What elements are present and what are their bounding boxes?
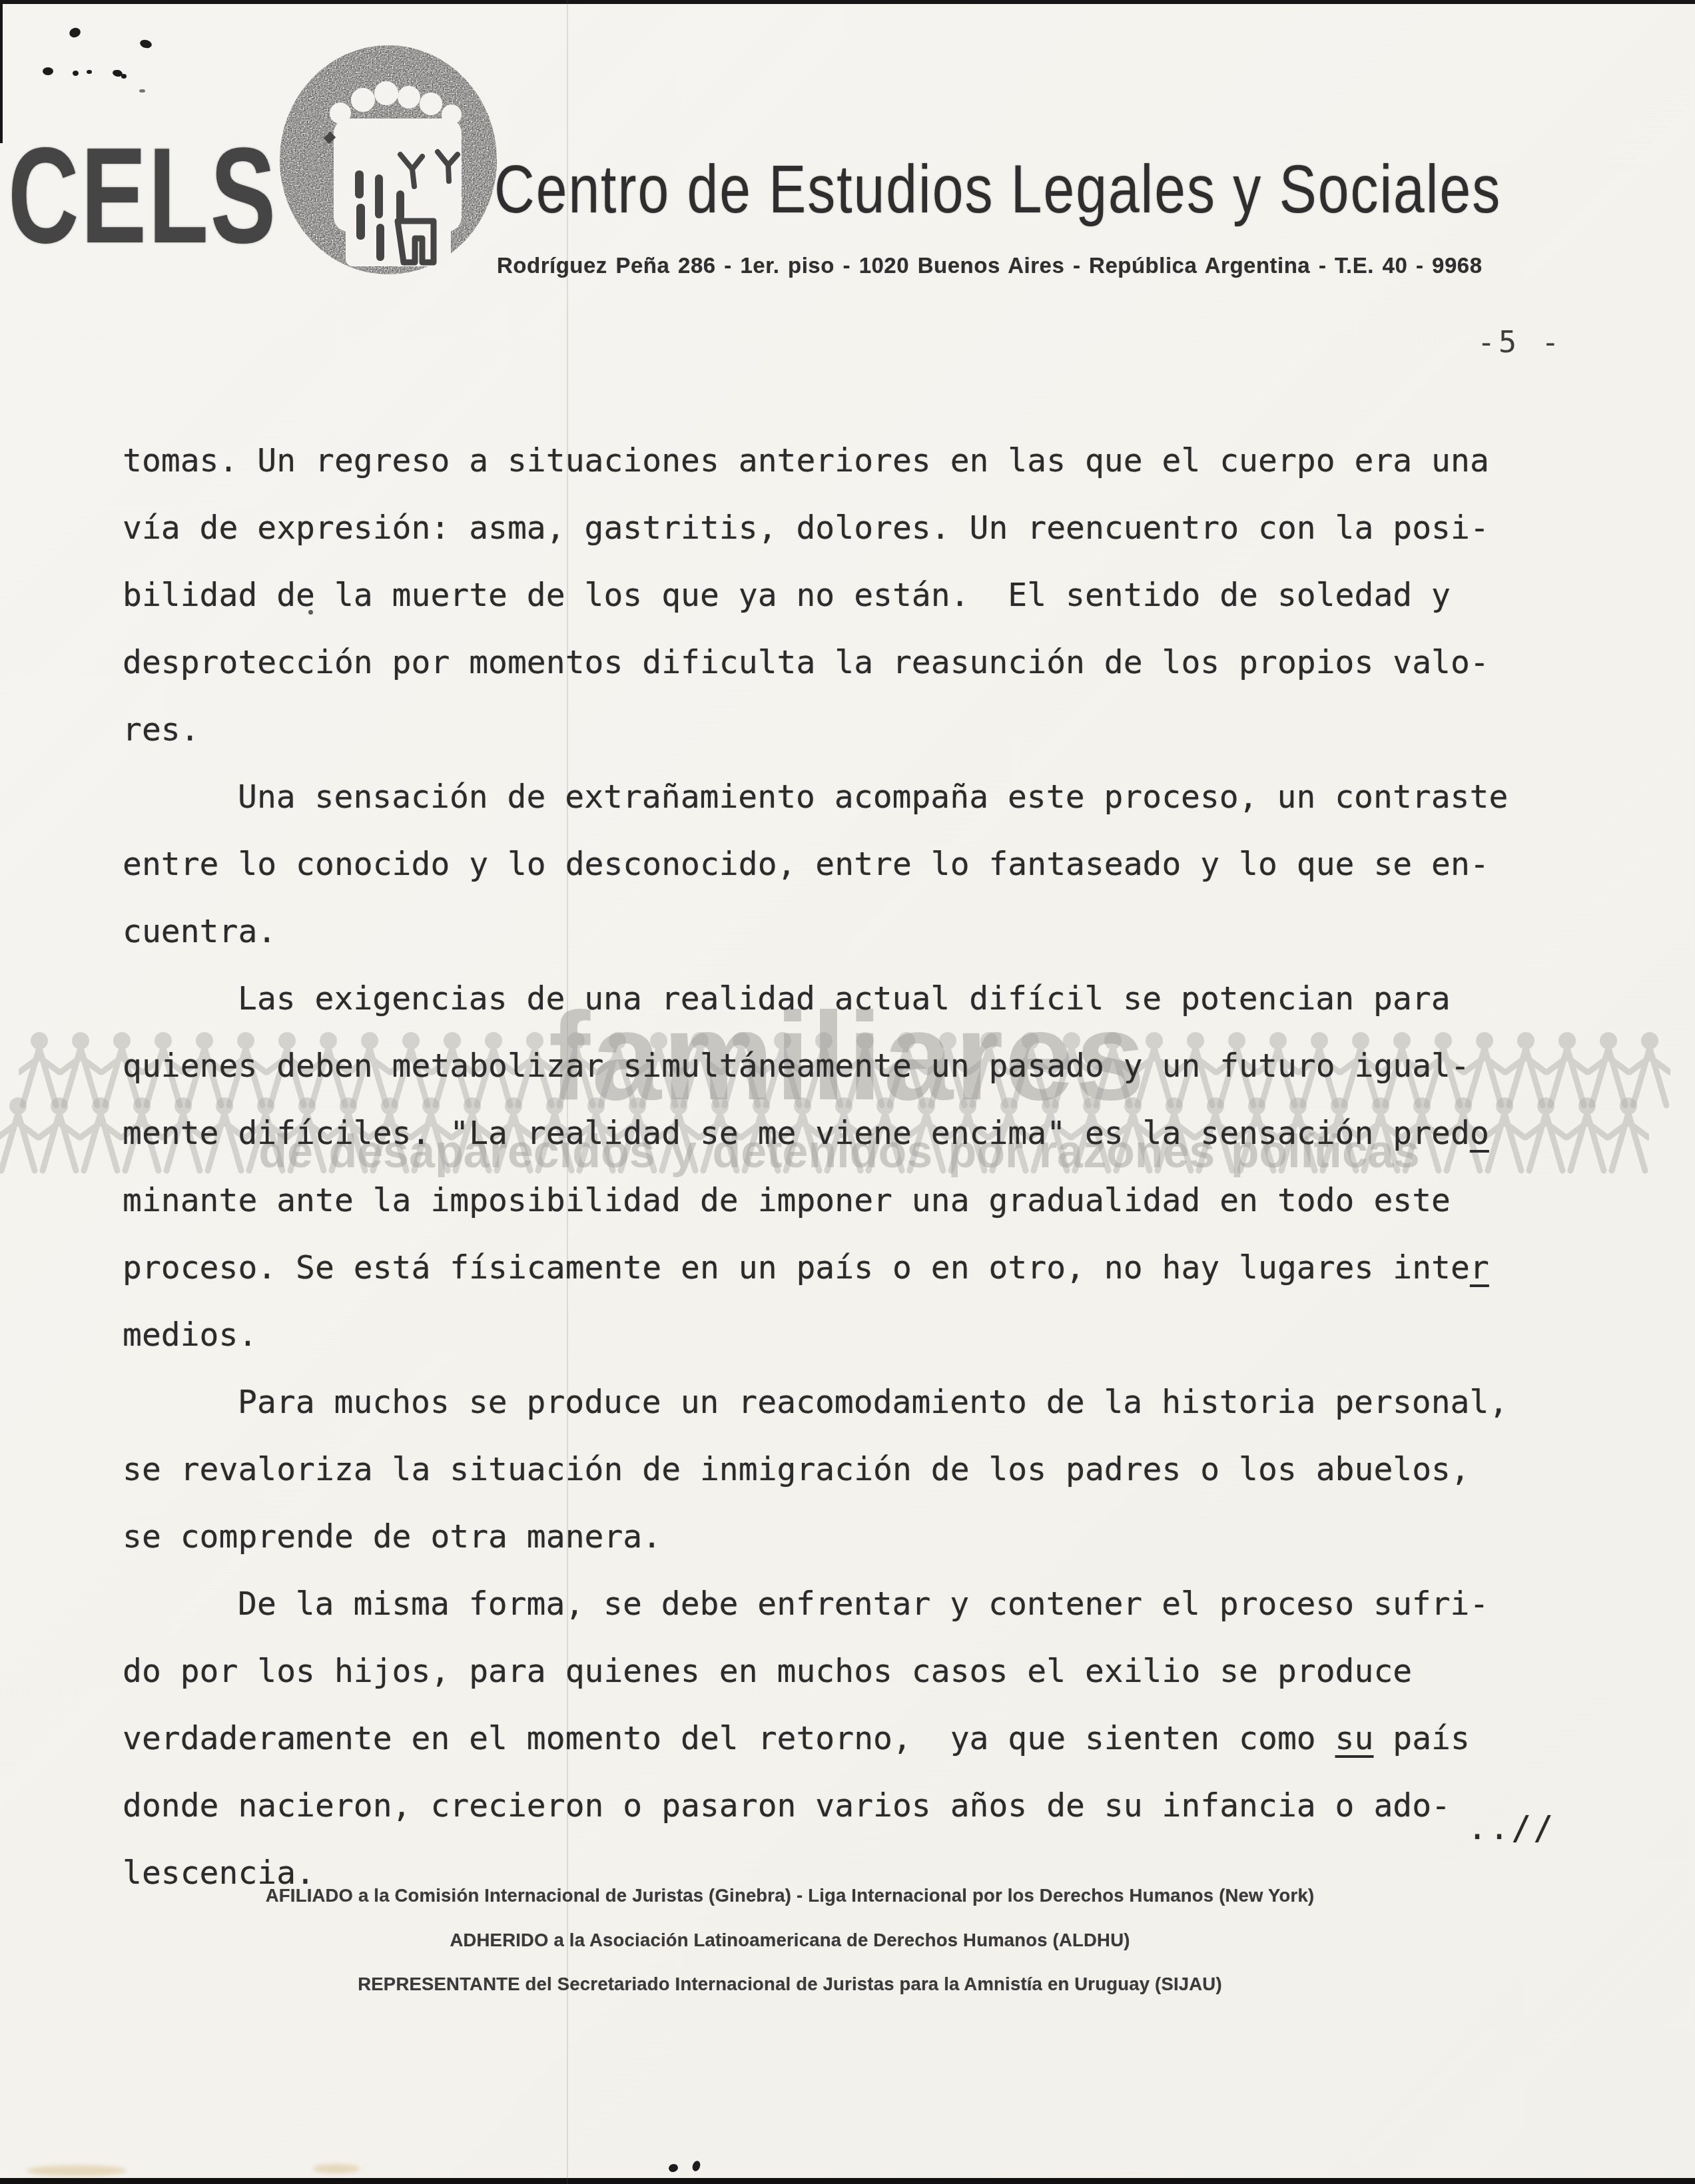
body-line: se revaloriza la situación de inmigració… [123, 1450, 1601, 1517]
ink-speck [43, 67, 53, 75]
body-line: vía de expresión: asma, gastritis, dolor… [123, 509, 1601, 576]
scanned-document-page: CELS [0, 0, 1695, 2184]
paper-doll-icon [1629, 1031, 1670, 1109]
body-line: tomas. Un regreso a situaciones anterior… [123, 441, 1601, 509]
body-line: do por los hijos, para quienes en muchos… [123, 1652, 1601, 1719]
footer-affiliations: AFILIADO a la Comisión Internacional de … [0, 1879, 1580, 2012]
scan-edge-bottom [0, 2178, 1695, 2184]
ink-speck [87, 70, 92, 74]
scan-edge-top [0, 0, 1695, 4]
ink-speck [668, 2163, 679, 2173]
paper-stain [313, 2164, 360, 2173]
body-line: De la misma forma, se debe enfrentar y c… [123, 1585, 1601, 1652]
body-line: medios. [123, 1316, 1601, 1383]
cels-logo-crowd-with-doves-icon [276, 40, 503, 281]
ink-speck [68, 27, 82, 39]
body-line: Una sensación de extrañamiento acompaña … [123, 778, 1601, 845]
ink-speck [139, 39, 153, 49]
paper-doll-icon [60, 1031, 101, 1109]
body-line: donde nacieron, crecieron o pasaron vari… [123, 1786, 1601, 1854]
footer-line: AFILIADO a la Comisión Internacional de … [0, 1879, 1580, 1924]
cels-wordmark: CELS [8, 127, 278, 264]
page-continuation-mark: ..// [1467, 1808, 1555, 1847]
body-line: Las exigencias de una realidad actual di… [123, 979, 1601, 1047]
page-number: -5 - [1477, 324, 1562, 360]
paper-doll-icon [19, 1031, 60, 1109]
body-line: quienes deben metabolizar simultáneament… [123, 1047, 1601, 1114]
org-name-title: Centro de Estudios Legales y Sociales [494, 154, 1501, 222]
paper-stain [27, 2165, 127, 2176]
ink-speck [691, 2160, 702, 2173]
body-line: proceso. Se está físicamente en un país … [123, 1248, 1601, 1316]
address-line: Rodríguez Peña 286 - 1er. piso - 1020 Bu… [497, 253, 1483, 278]
body-line: desprotección por momentos dificulta la … [123, 643, 1601, 710]
body-line: bilidad de la muerte de los que ya no es… [123, 576, 1601, 643]
paper-doll-icon [80, 1096, 121, 1175]
body-line: se comprende de otra manera. [123, 1517, 1601, 1585]
body-line: minante ante la imposibilidad de imponer… [123, 1181, 1601, 1248]
body-line: cuentra. [123, 912, 1601, 979]
footer-line: ADHERIDO a la Asociación Latinoamericana… [0, 1924, 1580, 1968]
typewritten-body-text: tomas. Un regreso a situaciones anterior… [123, 441, 1601, 1921]
scan-edge-left [0, 0, 3, 143]
footer-line: REPRESENTANTE del Secretariado Internaci… [0, 1968, 1580, 2012]
body-line: Para muchos se produce un reacomodamient… [123, 1383, 1601, 1450]
paper-doll-icon [0, 1096, 39, 1175]
paper-doll-icon [39, 1096, 80, 1175]
body-line: res. [123, 710, 1601, 778]
body-line: verdaderamente en el momento del retorno… [123, 1719, 1601, 1786]
ink-speck [139, 89, 145, 93]
ink-speck [73, 71, 79, 76]
paper-doll-icon [1608, 1096, 1649, 1175]
ink-speck [121, 74, 127, 79]
body-line: mente difíciles. "La realidad se me vien… [123, 1114, 1601, 1181]
body-line: entre lo conocido y lo desconocido, entr… [123, 845, 1601, 912]
